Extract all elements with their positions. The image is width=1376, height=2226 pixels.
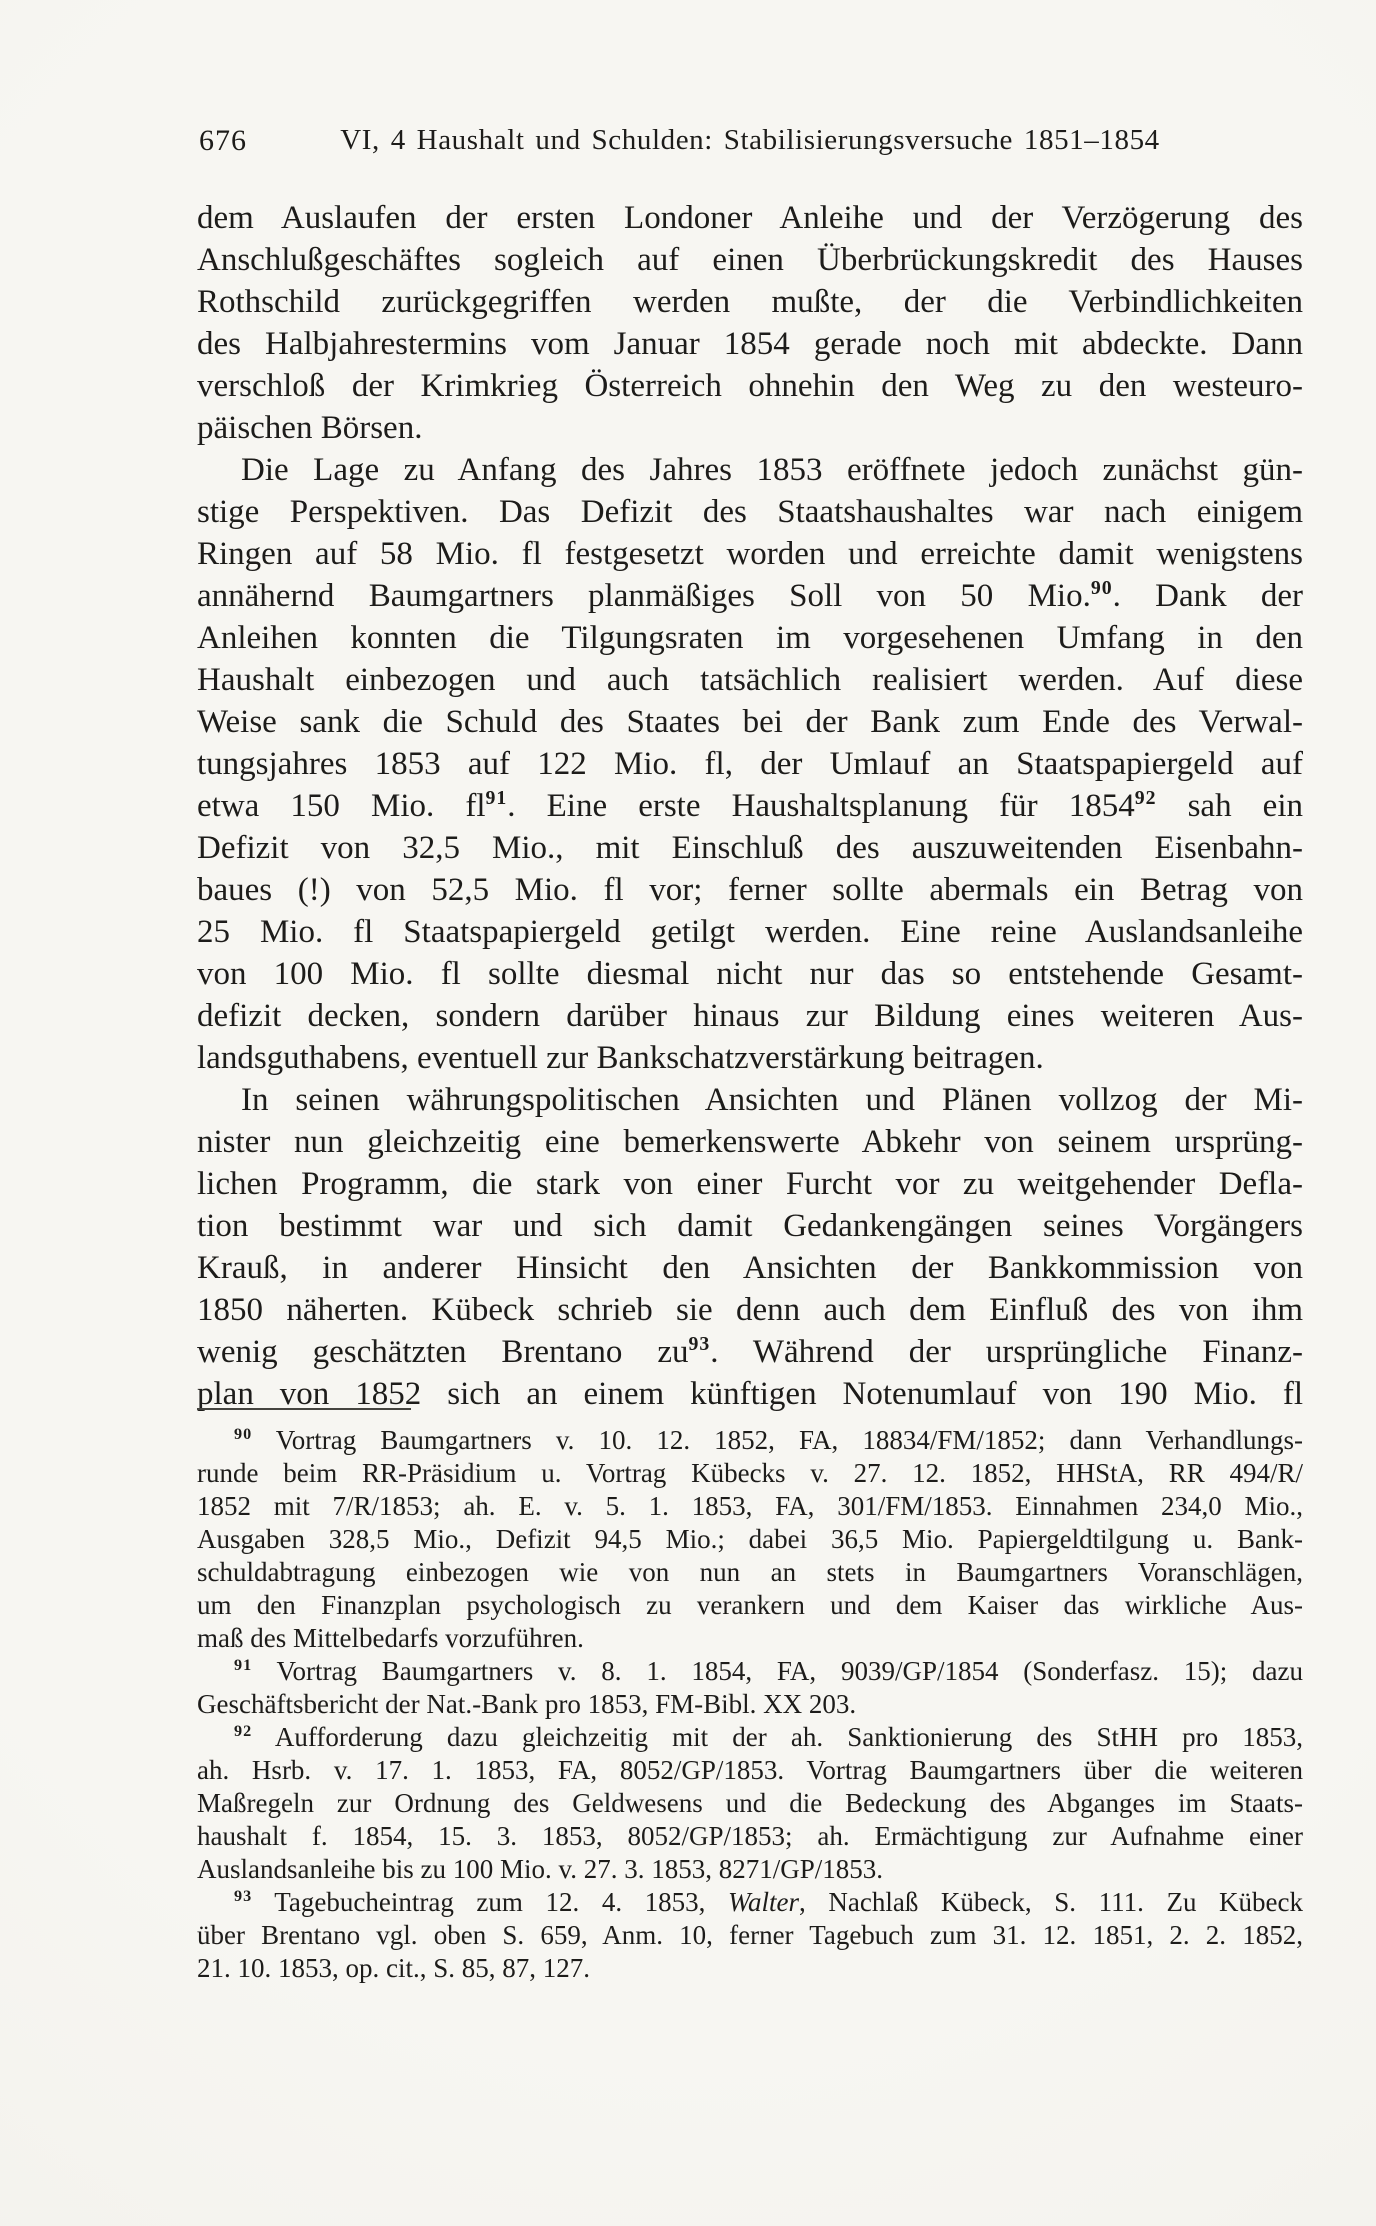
text-segment: defizit decken, sondern darüber hinaus z… xyxy=(197,998,1303,1034)
footnote-reference-marker: 90 xyxy=(1091,577,1113,599)
text-segment: ah. Hsrb. v. 17. 1. 1853, FA, 8052/GP/18… xyxy=(197,1755,1303,1785)
text-segment: um den Finanzplan psychologisch zu veran… xyxy=(197,1590,1303,1620)
text-segment: Ausgaben 328,5 Mio., Defizit 94,5 Mio.; … xyxy=(197,1524,1303,1554)
text-segment: . Während der ursprüngliche Finanz- xyxy=(710,1334,1303,1370)
text-segment: Rothschild zurückgegriffen werden mußte,… xyxy=(197,284,1303,320)
footnote-line: Auslandsanleihe bis zu 100 Mio. v. 27. 3… xyxy=(197,1853,1303,1886)
body-text: dem Auslaufen der ersten Londoner Anleih… xyxy=(197,197,1303,1415)
text-line: defizit decken, sondern darüber hinaus z… xyxy=(197,995,1303,1037)
footnote-line: 1852 mit 7/R/1853; ah. E. v. 5. 1. 1853,… xyxy=(197,1490,1303,1523)
footnote-line: maß des Mittelbedarfs vorzuführen. xyxy=(197,1622,1303,1655)
text-line: etwa 150 Mio. fl91. Eine erste Haushalts… xyxy=(197,785,1303,827)
text-segment: Anleihen konnten die Tilgungsraten im vo… xyxy=(197,620,1303,656)
text-line: In seinen währungspolitischen Ansichten … xyxy=(197,1079,1303,1121)
text-segment: Vortrag Baumgartners v. 10. 12. 1852, FA… xyxy=(252,1425,1303,1455)
text-segment: Vortrag Baumgartners v. 8. 1. 1854, FA, … xyxy=(252,1656,1303,1686)
text-segment: Geschäftsbericht der Nat.-Bank pro 1853,… xyxy=(197,1689,856,1719)
footnote-reference-marker: 90 xyxy=(234,1425,252,1443)
text-segment: etwa 150 Mio. fl xyxy=(197,788,486,824)
footnote-line: Geschäftsbericht der Nat.-Bank pro 1853,… xyxy=(197,1688,1303,1721)
text-segment: . Dank der xyxy=(1113,578,1303,614)
text-segment: sah ein xyxy=(1157,788,1304,824)
footnote-line: Ausgaben 328,5 Mio., Defizit 94,5 Mio.; … xyxy=(197,1523,1303,1556)
text-segment: Auslandsanleihe bis zu 100 Mio. v. 27. 3… xyxy=(197,1854,883,1884)
page-header: 676 VI, 4 Haushalt und Schulden: Stabili… xyxy=(197,124,1303,164)
footnote-line: 21. 10. 1853, op. cit., S. 85, 87, 127. xyxy=(197,1952,1303,1985)
text-line: wenig geschätzten Brentano zu93. Während… xyxy=(197,1331,1303,1373)
text-line: nister nun gleichzeitig eine bemerkenswe… xyxy=(197,1121,1303,1163)
text-line: Haushalt einbezogen und auch tatsächlich… xyxy=(197,659,1303,701)
footnote-line: haushalt f. 1854, 15. 3. 1853, 8052/GP/1… xyxy=(197,1820,1303,1853)
paragraph: dem Auslaufen der ersten Londoner Anleih… xyxy=(197,197,1303,449)
footnote-line: über Brentano vgl. oben S. 659, Anm. 10,… xyxy=(197,1919,1303,1952)
text-line: dem Auslaufen der ersten Londoner Anleih… xyxy=(197,197,1303,239)
text-segment: Haushalt einbezogen und auch tatsächlich… xyxy=(197,662,1303,698)
footnotes: 90 Vortrag Baumgartners v. 10. 12. 1852,… xyxy=(197,1424,1303,1985)
text-segment: tion bestimmt war und sich damit Gedanke… xyxy=(197,1208,1303,1244)
text-line: annähernd Baumgartners planmäßiges Soll … xyxy=(197,575,1303,617)
footnote-93: 93 Tagebucheintrag zum 12. 4. 1853, Walt… xyxy=(197,1886,1303,1985)
text-line: tion bestimmt war und sich damit Gedanke… xyxy=(197,1205,1303,1247)
text-line: 1850 näherten. Kübeck schrieb sie denn a… xyxy=(197,1289,1303,1331)
text-segment: baues (!) von 52,5 Mio. fl vor; ferner s… xyxy=(197,872,1303,908)
book-page: 676 VI, 4 Haushalt und Schulden: Stabili… xyxy=(0,0,1376,2226)
text-segment: schuldabtragung einbezogen wie von nun a… xyxy=(197,1557,1303,1587)
footnote-line: um den Finanzplan psychologisch zu veran… xyxy=(197,1589,1303,1622)
text-segment: über Brentano vgl. oben S. 659, Anm. 10,… xyxy=(197,1920,1303,1950)
text-segment: Aufforderung dazu gleichzeitig mit der a… xyxy=(252,1722,1303,1752)
text-segment: 21. 10. 1853, op. cit., S. 85, 87, 127. xyxy=(197,1953,590,1983)
footnote-line: schuldabtragung einbezogen wie von nun a… xyxy=(197,1556,1303,1589)
footnote-reference-marker: 93 xyxy=(688,1333,710,1355)
text-segment: Defizit von 32,5 Mio., mit Einschluß des… xyxy=(197,830,1303,866)
page-number: 676 xyxy=(199,124,247,158)
text-segment: Tagebucheintrag zum 12. 4. 1853, xyxy=(252,1887,728,1917)
text-line: von 100 Mio. fl sollte diesmal nicht nur… xyxy=(197,953,1303,995)
text-line: Krauß, in anderer Hinsicht den Ansichten… xyxy=(197,1247,1303,1289)
text-line: lichen Programm, die stark von einer Fur… xyxy=(197,1163,1303,1205)
footnote-reference-marker: 93 xyxy=(234,1887,252,1905)
text-segment: nister nun gleichzeitig eine bemerkenswe… xyxy=(197,1124,1303,1160)
text-line: Weise sank die Schuld des Staates bei de… xyxy=(197,701,1303,743)
footnote-line: 92 Aufforderung dazu gleichzeitig mit de… xyxy=(197,1721,1303,1754)
footnote-reference-marker: 92 xyxy=(1135,787,1157,809)
text-segment: tungsjahres 1853 auf 122 Mio. fl, der Um… xyxy=(197,746,1303,782)
text-segment: dem Auslaufen der ersten Londoner Anleih… xyxy=(197,200,1303,236)
text-segment: lichen Programm, die stark von einer Fur… xyxy=(197,1166,1303,1202)
text-segment: , Nachlaß Kübeck, S. 111. Zu Kübeck xyxy=(799,1887,1303,1917)
footnote-line: 93 Tagebucheintrag zum 12. 4. 1853, Walt… xyxy=(197,1886,1303,1919)
text-line: des Halbjahrestermins vom Januar 1854 ge… xyxy=(197,323,1303,365)
text-line: Rothschild zurückgegriffen werden mußte,… xyxy=(197,281,1303,323)
footnote-91: 91 Vortrag Baumgartners v. 8. 1. 1854, F… xyxy=(197,1655,1303,1721)
text-segment: von 100 Mio. fl sollte diesmal nicht nur… xyxy=(197,956,1303,992)
text-line: Die Lage zu Anfang des Jahres 1853 eröff… xyxy=(197,449,1303,491)
text-segment: haushalt f. 1854, 15. 3. 1853, 8052/GP/1… xyxy=(197,1821,1303,1851)
text-line: Defizit von 32,5 Mio., mit Einschluß des… xyxy=(197,827,1303,869)
footnote-92: 92 Aufforderung dazu gleichzeitig mit de… xyxy=(197,1721,1303,1886)
text-segment: 1852 mit 7/R/1853; ah. E. v. 5. 1. 1853,… xyxy=(197,1491,1303,1521)
text-segment: des Halbjahrestermins vom Januar 1854 ge… xyxy=(197,326,1303,362)
text-segment: Weise sank die Schuld des Staates bei de… xyxy=(197,704,1303,740)
text-line: Anleihen konnten die Tilgungsraten im vo… xyxy=(197,617,1303,659)
text-segment: verschloß der Krimkrieg Österreich ohneh… xyxy=(197,368,1303,404)
text-line: tungsjahres 1853 auf 122 Mio. fl, der Um… xyxy=(197,743,1303,785)
text-segment: annähernd Baumgartners planmäßiges Soll … xyxy=(197,578,1091,614)
footnote-line: 90 Vortrag Baumgartners v. 10. 12. 1852,… xyxy=(197,1424,1303,1457)
footnote-line: 91 Vortrag Baumgartners v. 8. 1. 1854, F… xyxy=(197,1655,1303,1688)
footnote-line: runde beim RR-Präsidium u. Vortrag Kübec… xyxy=(197,1457,1303,1490)
italic-text: Walter xyxy=(728,1887,799,1917)
text-segment: Anschlußgeschäftes sogleich auf einen Üb… xyxy=(197,242,1303,278)
running-title: VI, 4 Haushalt und Schulden: Stabilisier… xyxy=(197,124,1303,157)
footnote-reference-marker: 92 xyxy=(234,1722,252,1740)
footnote-line: ah. Hsrb. v. 17. 1. 1853, FA, 8052/GP/18… xyxy=(197,1754,1303,1787)
footnote-reference-marker: 91 xyxy=(234,1656,252,1674)
text-line: landsguthabens, eventuell zur Bankschatz… xyxy=(197,1037,1303,1079)
text-segment: Krauß, in anderer Hinsicht den Ansichten… xyxy=(197,1250,1303,1286)
paragraph: Die Lage zu Anfang des Jahres 1853 eröff… xyxy=(197,449,1303,1079)
footnote-line: Maßregeln zur Ordnung des Geldwesens und… xyxy=(197,1787,1303,1820)
text-segment: wenig geschätzten Brentano zu xyxy=(197,1334,688,1370)
text-segment: . Eine erste Haushaltsplanung für 1854 xyxy=(507,788,1134,824)
footnote-separator xyxy=(197,1408,411,1410)
paragraph: In seinen währungspolitischen Ansichten … xyxy=(197,1079,1303,1415)
text-segment: Ringen auf 58 Mio. fl festgesetzt worden… xyxy=(197,536,1303,572)
text-segment: runde beim RR-Präsidium u. Vortrag Kübec… xyxy=(197,1458,1303,1488)
footnote-reference-marker: 91 xyxy=(486,787,508,809)
text-segment: maß des Mittelbedarfs vorzuführen. xyxy=(197,1623,584,1653)
text-line: Anschlußgeschäftes sogleich auf einen Üb… xyxy=(197,239,1303,281)
footnote-90: 90 Vortrag Baumgartners v. 10. 12. 1852,… xyxy=(197,1424,1303,1655)
text-segment: Maßregeln zur Ordnung des Geldwesens und… xyxy=(197,1788,1303,1818)
text-line: stige Perspektiven. Das Defizit des Staa… xyxy=(197,491,1303,533)
text-segment: 25 Mio. fl Staatspapiergeld getilgt werd… xyxy=(197,914,1303,950)
text-line: 25 Mio. fl Staatspapiergeld getilgt werd… xyxy=(197,911,1303,953)
text-segment: päischen Börsen. xyxy=(197,410,422,446)
text-segment: In seinen währungspolitischen Ansichten … xyxy=(241,1082,1303,1118)
text-segment: plan von 1852 sich an einem künftigen No… xyxy=(197,1376,1303,1412)
text-segment: Die Lage zu Anfang des Jahres 1853 eröff… xyxy=(241,452,1303,488)
text-segment: stige Perspektiven. Das Defizit des Staa… xyxy=(197,494,1303,530)
text-line: baues (!) von 52,5 Mio. fl vor; ferner s… xyxy=(197,869,1303,911)
text-segment: landsguthabens, eventuell zur Bankschatz… xyxy=(197,1040,1044,1076)
text-line: päischen Börsen. xyxy=(197,407,1303,449)
text-line: verschloß der Krimkrieg Österreich ohneh… xyxy=(197,365,1303,407)
text-segment: 1850 näherten. Kübeck schrieb sie denn a… xyxy=(197,1292,1303,1328)
text-line: Ringen auf 58 Mio. fl festgesetzt worden… xyxy=(197,533,1303,575)
